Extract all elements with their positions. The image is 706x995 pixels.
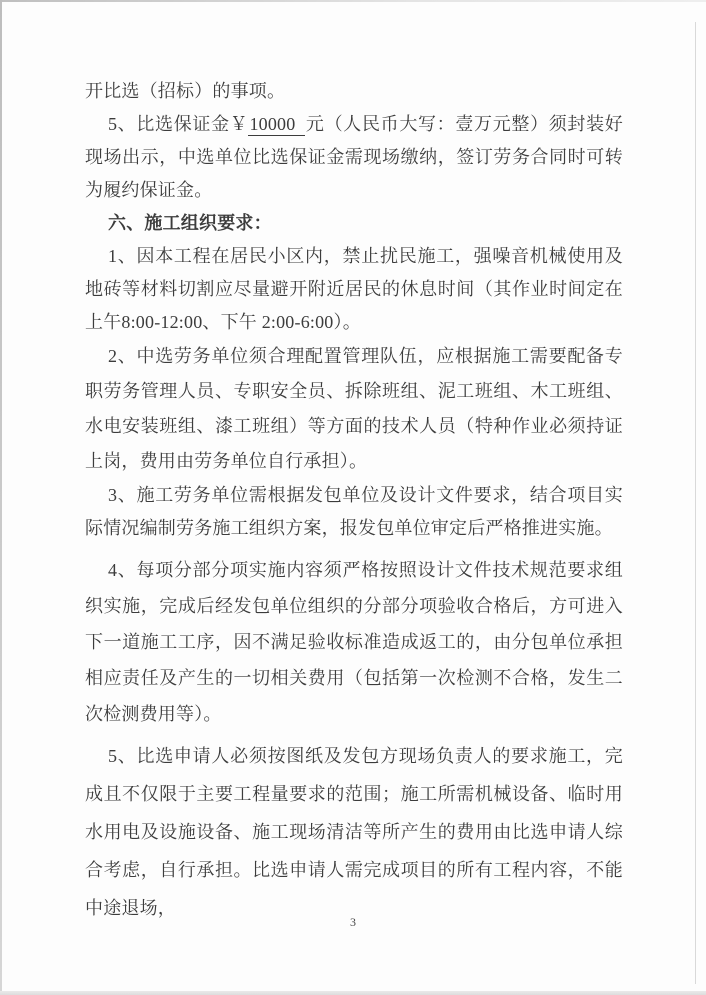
paragraph-deposit: 5、比选保证金￥10000元（人民币大写：壹万元整）须封装好现场出示，中选单位比… xyxy=(85,108,623,207)
paragraph-item-2: 2、中选劳务单位须合理配置管理队伍，应根据施工需要配备专职劳务管理人员、专职安全… xyxy=(85,339,623,479)
scan-edge-top xyxy=(0,0,706,2)
paragraph-item-1: 1、因本工程在居民小区内，禁止扰民施工，强噪音机械使用及地砖等材料切割应尽量避开… xyxy=(85,240,623,339)
paragraph-item-3: 3、施工劳务单位需根据发包单位及设计文件要求，结合项目实际情况编制劳务施工组织方… xyxy=(85,479,623,545)
section-heading: 六、施工组织要求： xyxy=(85,207,623,240)
paragraph-item-4: 4、每项分部分项实施内容须严格按照设计文件技术规范要求组织实施，完成后经发包单位… xyxy=(85,552,623,732)
page-number: 3 xyxy=(0,915,706,930)
paragraph-item-5: 5、比选申请人必须按图纸及发包方现场负责人的要求施工，完成且不仅限于主要工程量要… xyxy=(85,737,623,927)
paragraph-continuation: 开比选（招标）的事项。 xyxy=(85,75,623,108)
scan-edge-left xyxy=(0,0,2,995)
deposit-amount-underlined: 10000 xyxy=(248,114,305,136)
document-page: 开比选（招标）的事项。 5、比选保证金￥10000元（人民币大写：壹万元整）须封… xyxy=(0,0,706,995)
scan-edge-bottom xyxy=(0,991,706,995)
document-text-block: 开比选（招标）的事项。 5、比选保证金￥10000元（人民币大写：壹万元整）须封… xyxy=(85,75,623,927)
scan-edge-right xyxy=(695,22,696,984)
deposit-text-prefix: 5、比选保证金￥ xyxy=(108,114,248,134)
